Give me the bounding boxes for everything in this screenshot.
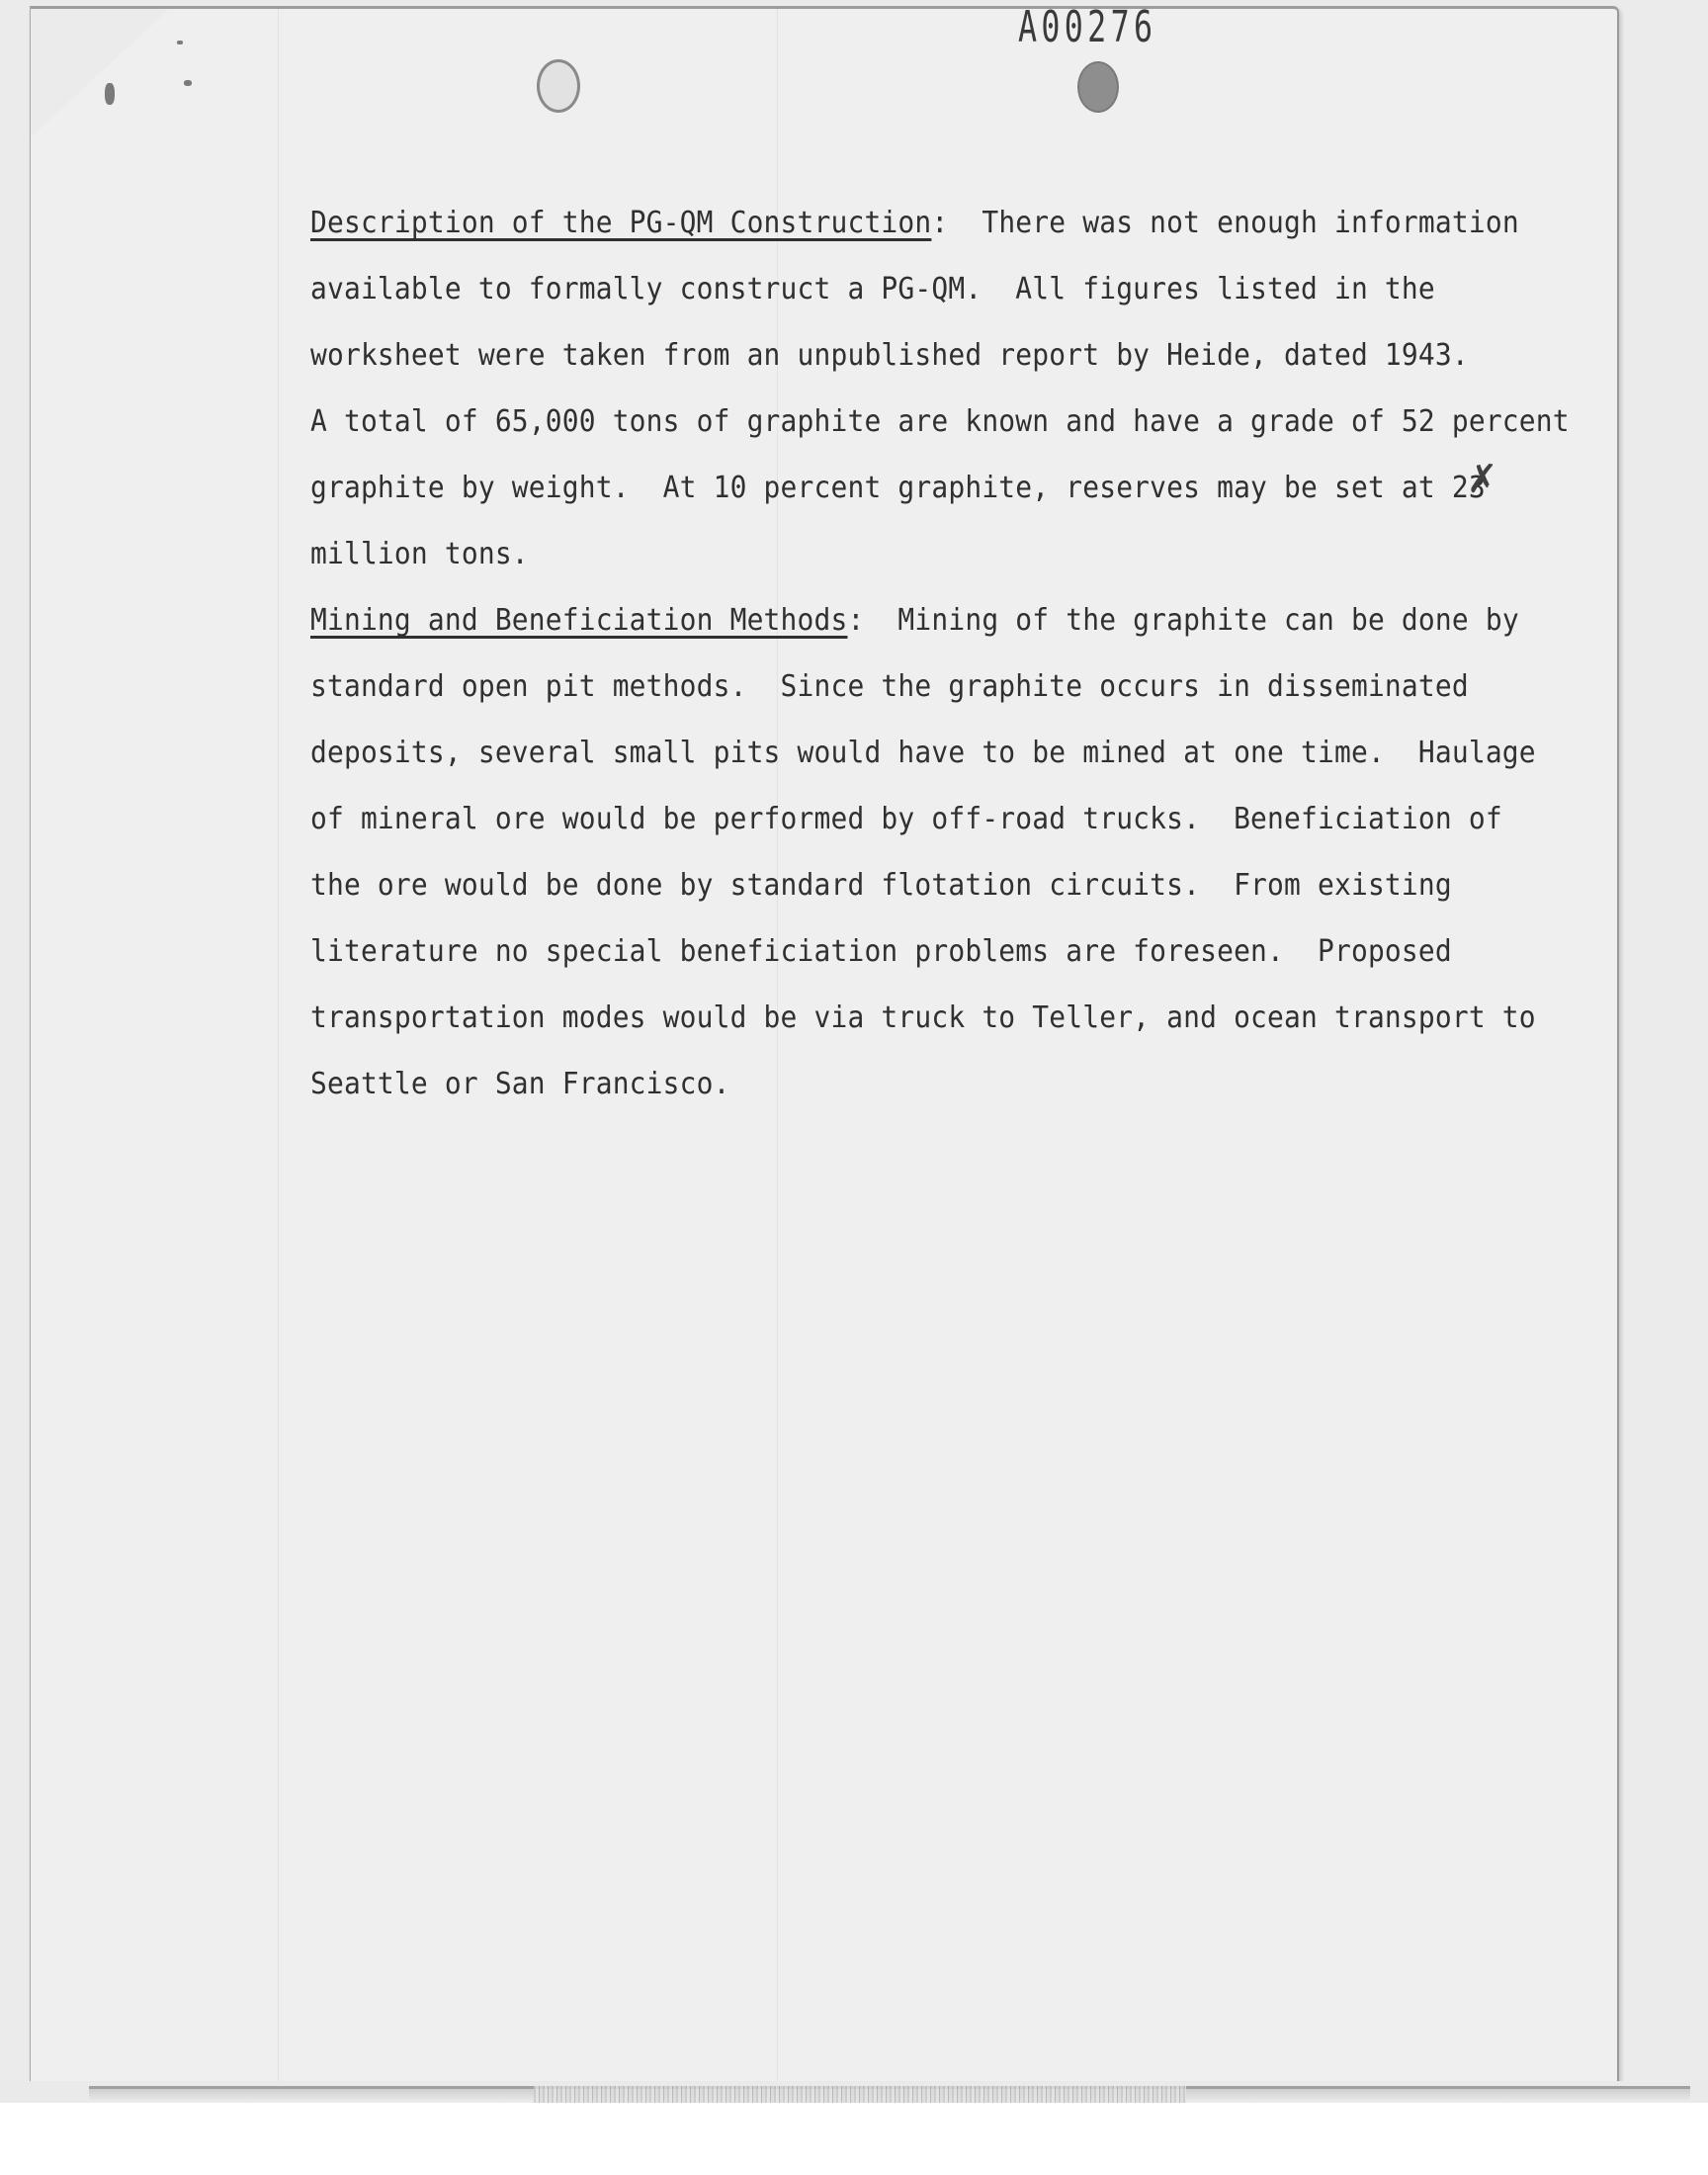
punch-hole-left <box>537 59 580 113</box>
paragraph-line: available to formally construct a PG-QM.… <box>310 256 1505 322</box>
paragraph-text: : Mining of the graphite can be done by <box>847 603 1518 638</box>
section-heading-pgqm-construction: Description of the PG-QM Construction <box>310 206 931 240</box>
scanner-artifact-bars <box>534 2086 1186 2103</box>
section-2-line-1: Mining and Beneficiation Methods: Mining… <box>310 587 1505 653</box>
paragraph-line: transportation modes would be via truck … <box>310 985 1505 1051</box>
paragraph-line: standard open pit methods. Since the gra… <box>310 653 1505 720</box>
cross-out-mark-icon: ✗ <box>1467 447 1497 513</box>
section-1-line-1: Description of the PG-QM Construction: T… <box>310 190 1505 256</box>
paragraph-line: worksheet were taken from an unpublished… <box>310 322 1505 389</box>
paragraph-line: million tons. <box>310 521 1505 587</box>
paragraph-line: A total of 65,000 tons of graphite are k… <box>310 389 1505 455</box>
paragraph-line-with-correction: graphite by weight. At 10 percent graphi… <box>310 455 1505 521</box>
paragraph-text: graphite by weight. At 10 percent graphi… <box>310 471 1469 505</box>
paragraph-text: : There was not enough information <box>931 206 1518 240</box>
ink-smudge <box>105 83 115 105</box>
paragraph-line: the ore would be done by standard flotat… <box>310 852 1505 918</box>
paragraph-line: deposits, several small pits would have … <box>310 720 1505 786</box>
paragraph-line: literature no special beneficiation prob… <box>310 918 1505 985</box>
handwritten-correction: 3✗ <box>1469 455 1486 521</box>
ink-smudge <box>184 80 192 86</box>
paragraph-line: Seattle or San Francisco. <box>310 1051 1505 1117</box>
document-body: Description of the PG-QM Construction: T… <box>310 190 1595 1117</box>
punch-hole-right <box>1077 61 1119 113</box>
paragraph-line: of mineral ore would be performed by off… <box>310 786 1505 852</box>
scan-artifact-line <box>278 9 279 2083</box>
torn-corner <box>31 9 169 137</box>
section-heading-mining-methods: Mining and Beneficiation Methods <box>310 603 847 638</box>
ink-smudge <box>177 41 183 44</box>
document-stamp-number: A00276 <box>1018 2 1156 52</box>
